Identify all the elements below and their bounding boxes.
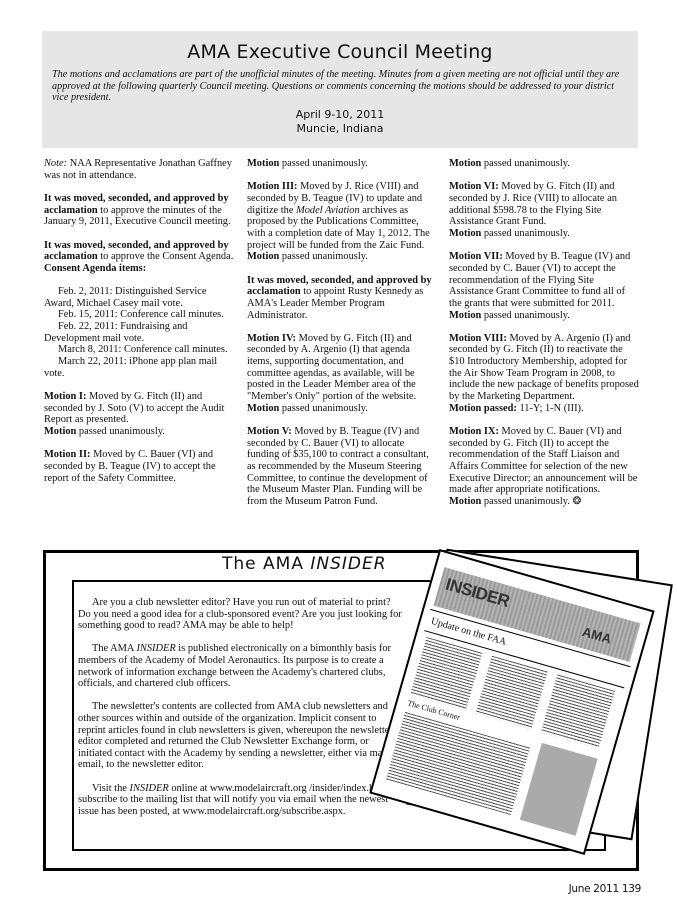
motion-3: Motion III: Moved by J. Rice (VIII) and … [247, 181, 437, 263]
newsletter-sidebar [520, 743, 598, 836]
consent-item: March 22, 2011: iPhone app plan mail vot… [44, 356, 234, 379]
meeting-location: Muncie, Indiana [42, 122, 638, 136]
consent-item: Feb. 22, 2011: Fundraising and Developme… [44, 321, 234, 344]
end-mark-icon: ❂ [572, 496, 581, 507]
minutes-column-2: Motion passed unanimously. Motion III: M… [247, 158, 437, 519]
minutes-column-1: Note: NAA Representative Jonathan Gaffne… [44, 158, 234, 496]
motion-4: Motion IV: Moved by G. Fitch (II) and se… [247, 333, 437, 415]
text-lines [410, 637, 482, 711]
consent-item: March 8, 2011: Conference call minutes. [44, 344, 234, 356]
consent-heading: Consent Agenda items: [44, 263, 234, 275]
header-box: AMA Executive Council Meeting The motion… [42, 31, 638, 148]
motion-5: Motion V: Moved by B. Teague (IV) and se… [247, 426, 437, 508]
motion-2: Motion II: Moved by C. Bauer (VI) and se… [44, 449, 234, 484]
motion-7: Motion VII: Moved by B. Teague (IV) and … [449, 251, 639, 321]
motion-1: Motion I: Moved by G. Fitch (II) and sec… [44, 391, 234, 438]
insider-paragraph-1: Are you a club newsletter editor? Have y… [78, 597, 403, 632]
consent-item: Feb. 2, 2011: Distinguished Service Awar… [44, 286, 234, 309]
note-paragraph: Note: NAA Representative Jonathan Gaffne… [44, 158, 234, 181]
insider-body: Are you a club newsletter editor? Have y… [78, 597, 403, 829]
newsletter-logo: INSIDER [443, 575, 511, 612]
insider-paragraph-3: The newsletter's contents are collected … [78, 701, 403, 771]
motion-5-result: Motion passed unanimously. [449, 158, 639, 170]
header-intro: The motions and acclamations are part of… [52, 69, 632, 104]
insider-paragraph-2: The AMA INSIDER is published electronica… [78, 643, 403, 689]
consent-items: Feb. 2, 2011: Distinguished Service Awar… [44, 286, 234, 379]
motion-9: Motion IX: Moved by C. Bauer (VI) and se… [449, 426, 639, 508]
acclamation-1: It was moved, seconded, and approved by … [44, 193, 234, 228]
minutes-column-3: Motion passed unanimously. Motion VI: Mo… [449, 158, 639, 519]
insider-paragraph-4: Visit the INSIDER online at www.modelair… [78, 783, 403, 818]
consent-item: Feb. 15, 2011: Conference call minutes. [44, 309, 234, 321]
motion-6: Motion VI: Moved by G. Fitch (II) and se… [449, 181, 639, 239]
meeting-date: April 9-10, 2011 [42, 108, 638, 122]
text-lines [541, 674, 615, 748]
page-title: AMA Executive Council Meeting [42, 41, 638, 63]
page-footer: June 2011 139 [569, 883, 641, 895]
text-lines [475, 656, 547, 730]
motion-2-result: Motion passed unanimously. [247, 158, 437, 170]
acclamation-2: It was moved, seconded, and approved by … [44, 240, 234, 263]
motion-8: Motion VIII: Moved by A. Argenio (I) and… [449, 333, 639, 415]
acclamation-3: It was moved, seconded, and approved by … [247, 275, 437, 322]
text-lines [386, 712, 530, 815]
meeting-date-location: April 9-10, 2011 Muncie, Indiana [42, 108, 638, 136]
insider-title: The AMA INSIDER [222, 554, 387, 574]
ama-wings-logo-icon: AMA [581, 624, 614, 647]
